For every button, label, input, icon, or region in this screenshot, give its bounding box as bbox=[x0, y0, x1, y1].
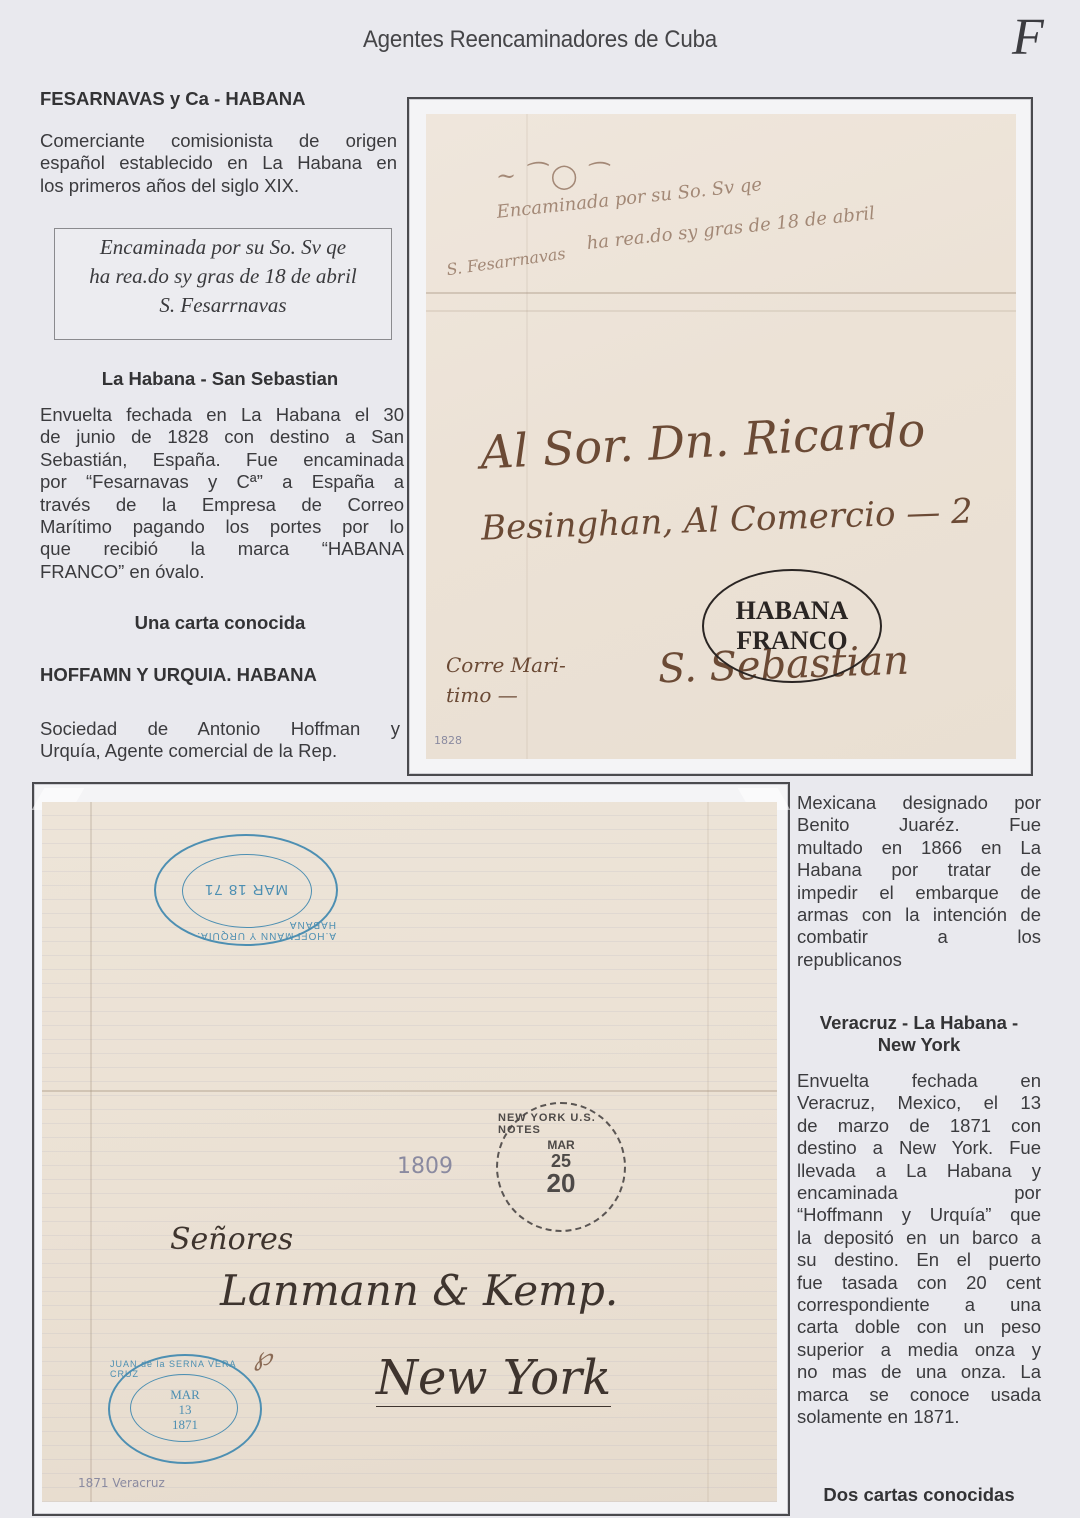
page-title: Agentes Reencaminadores de Cuba bbox=[38, 26, 1042, 54]
stamp-line: FRANCO bbox=[736, 626, 847, 656]
text-line: solamente en 1871. bbox=[797, 1406, 1041, 1428]
address-line: Lanmann & Kemp. bbox=[220, 1266, 618, 1315]
address-line: Señores bbox=[170, 1222, 293, 1257]
text-line: multado en 1866 en La bbox=[797, 837, 1041, 859]
section2-known: Dos cartas conocidas bbox=[797, 1484, 1041, 1506]
stamp-rate: 20 bbox=[547, 1170, 576, 1196]
text-line: fue tasada con 20 cent bbox=[797, 1272, 1041, 1294]
section1-heading: FESARNAVAS y Ca - HABANA bbox=[40, 88, 306, 110]
stamp-outer-text: JUAN de la SERNA VERA CRUZ bbox=[110, 1359, 260, 1379]
habana-franco-stamp: HABANA FRANCO bbox=[702, 569, 882, 683]
frame-letter: F bbox=[1012, 8, 1044, 67]
side-note-line: timo — bbox=[446, 680, 566, 710]
flap-handwriting: ha rea.do sy gras de 18 de abril bbox=[586, 203, 876, 254]
text-line: por “Fesarnavas y Cª” a España a bbox=[40, 471, 404, 493]
text-line: de marzo de 1871 con bbox=[797, 1115, 1041, 1137]
section2-route: Veracruz - La Habana - New York bbox=[797, 1012, 1041, 1057]
stamp-month: MAR bbox=[547, 1138, 574, 1152]
quote-line: S. Fesarrnavas bbox=[55, 291, 391, 320]
text-line: Comerciante comisionista de origen bbox=[40, 130, 397, 152]
text-line: carta doble con un peso bbox=[797, 1316, 1041, 1338]
section1-intro: Comerciante comisionista de origen españ… bbox=[40, 130, 397, 197]
route-line: Veracruz - La Habana - bbox=[797, 1012, 1041, 1034]
text-line: su destino. En el puerto bbox=[797, 1249, 1041, 1271]
quote-line: Encaminada por su So. Sv qe bbox=[55, 233, 391, 262]
section2-heading: HOFFAMN Y URQUIA. HABANA bbox=[40, 664, 317, 686]
route-line: New York bbox=[797, 1034, 1041, 1056]
flap-handwriting: ~ ⁀ ◯ ⁀ bbox=[496, 162, 604, 190]
text-line: no mas de una onza. La bbox=[797, 1361, 1041, 1383]
section1-description: Envuelta fechada en La Habana el 30 de j… bbox=[40, 404, 404, 583]
text-line: español establecido en La Habana en bbox=[40, 152, 397, 174]
text-line: Envuelta fechada en La Habana el 30 bbox=[40, 404, 404, 426]
juan-de-la-serna-stamp: JUAN de la SERNA VERA CRUZ MAR 13 1871 bbox=[108, 1354, 262, 1464]
text-line: llevada a La Habana y bbox=[797, 1160, 1041, 1182]
letter1-envelope: ~ ⁀ ◯ ⁀ Encaminada por su So. Sv qe ha r… bbox=[426, 114, 1016, 759]
text-line: encaminada por bbox=[797, 1182, 1041, 1204]
text-line: Sebastián, España. Fue encaminada bbox=[40, 449, 404, 471]
section1-route: La Habana - San Sebastian bbox=[40, 368, 400, 390]
text-line: Habana por tratar de bbox=[797, 859, 1041, 881]
stamp-outer-text: NEW YORK U.S. NOTES bbox=[498, 1112, 624, 1136]
address-line: New York bbox=[376, 1350, 611, 1407]
section2-description: Envuelta fechada en Veracruz, Mexico, el… bbox=[797, 1070, 1041, 1429]
text-line: superior a media onza y bbox=[797, 1339, 1041, 1361]
text-line: FRANCO” en óvalo. bbox=[40, 561, 404, 583]
side-note: Corre Mari- timo — bbox=[446, 650, 566, 710]
section2-intro-right: Mexicana designado por Benito Juaréz. Fu… bbox=[797, 792, 1041, 971]
text-line: Sociedad de Antonio Hoffman y bbox=[40, 718, 400, 740]
text-line: la depositó en un barco a bbox=[797, 1227, 1041, 1249]
side-note-line: Corre Mari- bbox=[446, 650, 566, 680]
text-line: Mexicana designado por bbox=[797, 792, 1041, 814]
pencil-number: 1809 bbox=[397, 1154, 453, 1179]
text-line: que recibió la marca “HABANA bbox=[40, 538, 404, 560]
text-line: correspondiente a una bbox=[797, 1294, 1041, 1316]
address-line: Besinghan, Al Comercio — 2 bbox=[480, 491, 973, 548]
text-line: armas con la intención de bbox=[797, 904, 1041, 926]
text-line: impedir el embarque de bbox=[797, 882, 1041, 904]
section2-intro-left: Sociedad de Antonio Hoffman y Urquía, Ag… bbox=[40, 718, 400, 763]
pencil-note: 1828 bbox=[434, 734, 462, 747]
text-line: Urquía, Agente comercial de la Rep. bbox=[40, 740, 400, 762]
letter1-mount: ~ ⁀ ◯ ⁀ Encaminada por su So. Sv qe ha r… bbox=[407, 97, 1033, 776]
text-line: combatir a los bbox=[797, 926, 1041, 948]
quote-line: ha rea.do sy gras de 18 de abril bbox=[55, 262, 391, 291]
text-line: Envuelta fechada en bbox=[797, 1070, 1041, 1092]
pencil-note: 1871 Veracruz bbox=[78, 1476, 165, 1490]
letter2-envelope: A.HOFFMANN Y URQUIA. HABANA MAR 18 71 NE… bbox=[42, 802, 777, 1502]
text-line: de junio de 1828 con destino a San bbox=[40, 426, 404, 448]
quote-box: Encaminada por su So. Sv qe ha rea.do sy… bbox=[54, 228, 392, 340]
text-line: destino a New York. Fue bbox=[797, 1137, 1041, 1159]
text-line: Marítimo pagando los portes por lo bbox=[40, 516, 404, 538]
stamp-line: HABANA bbox=[736, 596, 849, 626]
new-york-stamp: NEW YORK U.S. NOTES MAR 25 20 bbox=[496, 1102, 626, 1232]
text-line: republicanos bbox=[797, 949, 1041, 971]
flap-handwriting: S. Fesarrnavas bbox=[445, 244, 566, 280]
stamp-outer-text: A.HOFFMANN Y URQUIA. HABANA bbox=[156, 919, 336, 941]
letter2-mount: A.HOFFMANN Y URQUIA. HABANA MAR 18 71 NE… bbox=[32, 782, 790, 1516]
address-line: Al Sor. Dn. Ricardo bbox=[479, 402, 927, 479]
hoffmann-urquia-stamp: A.HOFFMANN Y URQUIA. HABANA MAR 18 71 bbox=[154, 834, 338, 946]
text-line: Benito Juaréz. Fue bbox=[797, 814, 1041, 836]
text-line: “Hoffmann y Urquía” que bbox=[797, 1204, 1041, 1226]
text-line: través de la Empresa de Correo bbox=[40, 494, 404, 516]
text-line: Veracruz, Mexico, el 13 bbox=[797, 1092, 1041, 1114]
text-line: los primeros años del siglo XIX. bbox=[40, 175, 397, 197]
text-line: marca se conoce usada bbox=[797, 1384, 1041, 1406]
section1-known: Una carta conocida bbox=[40, 612, 400, 634]
